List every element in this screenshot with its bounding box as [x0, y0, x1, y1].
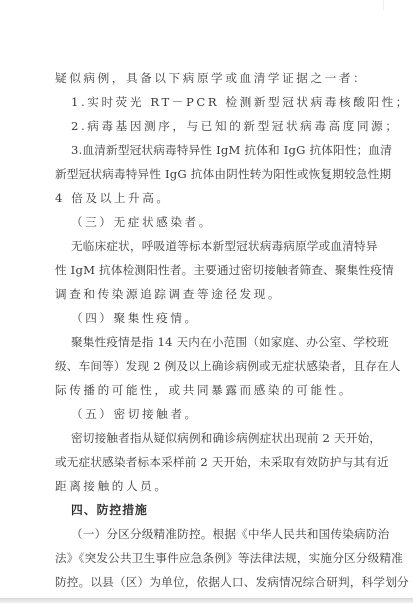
- paragraph-line: 无临床症状，呼吸道等标本新型冠状病毒病原学或血清特异: [71, 236, 363, 256]
- paragraph-line: 法》《突发公共卫生事件应急条例》等法律法规，实施分区分级精准: [55, 548, 363, 568]
- paragraph-line: 调查和传染源追踪调查等途径发现。: [55, 284, 363, 304]
- section-heading-4: （四）聚集性疫情。: [71, 308, 363, 328]
- paragraph-line: 性 IgM 抗体检测阳性者。主要通过密切接触者筛查、聚集性疫情: [55, 260, 363, 280]
- paragraph-line: 聚集性疫情是指 14 天内在小范围（如家庭、办公室、学校班: [71, 332, 363, 352]
- list-item-1: 1.实时荧光 RT－PCR 检测新型冠状病毒核酸阳性；: [71, 92, 363, 112]
- paragraph-line: （一）分区分级精准防控。根据《中华人民共和国传染病防治: [71, 524, 363, 544]
- text-line: 疑似病例，具备以下病原学或血清学证据之一者：: [55, 68, 363, 88]
- list-item-3: 3.血清新型冠状病毒特异性 IgM 抗体和 IgG 抗体阳性；血清: [71, 140, 363, 160]
- paragraph-line: 距离接触的人员。: [55, 476, 363, 496]
- list-item-2: 2.病毒基因测序，与已知的新型冠状病毒高度同源；: [71, 116, 363, 136]
- paragraph-line: 防控。以县（区）为单位，依据人口、发病情况综合研判，科学划分: [55, 572, 363, 592]
- paragraph-line: 际传播的可能性，或共同暴露而感染的可能性。: [55, 380, 363, 400]
- paragraph-line: 级、车间等）发现 2 例及以上确诊病例或无症状感染者，且存在人: [55, 356, 363, 376]
- page-bottom-edge: [0, 598, 413, 603]
- chapter-heading-4: 四、防控措施: [71, 500, 363, 520]
- paragraph-line: 密切接触者指从疑似病例和确诊病例症状出现前 2 天开始，: [71, 428, 363, 448]
- text-line: 新型冠状病毒特异性 IgG 抗体由阴性转为阳性或恢复期较急性期: [55, 164, 363, 184]
- page-edge-mark: [383, 0, 384, 10]
- section-heading-3: （三）无症状感染者。: [71, 212, 363, 232]
- document-page: 疑似病例，具备以下病原学或血清学证据之一者： 1.实时荧光 RT－PCR 检测新…: [0, 0, 413, 598]
- text-line: 4 倍及以上升高。: [55, 188, 363, 208]
- section-heading-5: （五）密切接触者。: [71, 404, 363, 424]
- paragraph-line: 或无症状感染者标本采样前 2 天开始，未采取有效防护与其有近: [55, 452, 363, 472]
